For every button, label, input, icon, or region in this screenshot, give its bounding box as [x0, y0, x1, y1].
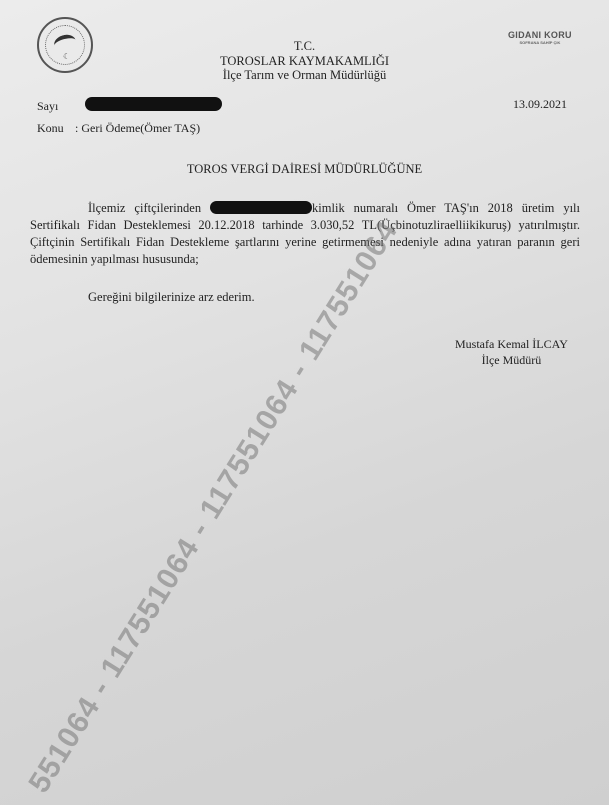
gidani-koru-logo: GIDANI KORU SOFRANA SAHİP ÇIK: [508, 30, 572, 45]
konu-value: : Geri Ödeme(Ömer TAŞ): [75, 121, 200, 136]
letter-date: 13.09.2021: [513, 97, 567, 112]
sayi-label: Sayı: [37, 99, 58, 114]
signer-title: İlçe Müdürü: [455, 352, 568, 368]
header-mudurluk: İlçe Tarım ve Orman Müdürlüğü: [0, 68, 609, 83]
header-kaymakamlik: TOROSLAR KAYMAKAMLIĞI: [0, 54, 609, 69]
body-intro: İlçemiz çiftçilerinden: [88, 201, 201, 215]
document-page: ☾ T.C. TOROSLAR KAYMAKAMLIĞI İlçe Tarım …: [0, 0, 609, 805]
signature-block: Mustafa Kemal İLCAY İlçe Müdürü: [455, 336, 568, 368]
recipient-title: TOROS VERGİ DAİRESİ MÜDÜRLÜĞÜNE: [0, 162, 609, 177]
redacted-id: [210, 201, 312, 214]
letterhead: T.C. TOROSLAR KAYMAKAMLIĞI İlçe Tarım ve…: [0, 39, 609, 83]
signer-name: Mustafa Kemal İLCAY: [455, 336, 568, 352]
closing-line: Gereğini bilgilerinize arz ederim.: [88, 290, 255, 305]
redacted-sayi: [85, 97, 222, 111]
letter-body: İlçemiz çiftçilerinden kimlik numaralı Ö…: [30, 200, 580, 268]
konu-label: Konu: [37, 121, 64, 136]
